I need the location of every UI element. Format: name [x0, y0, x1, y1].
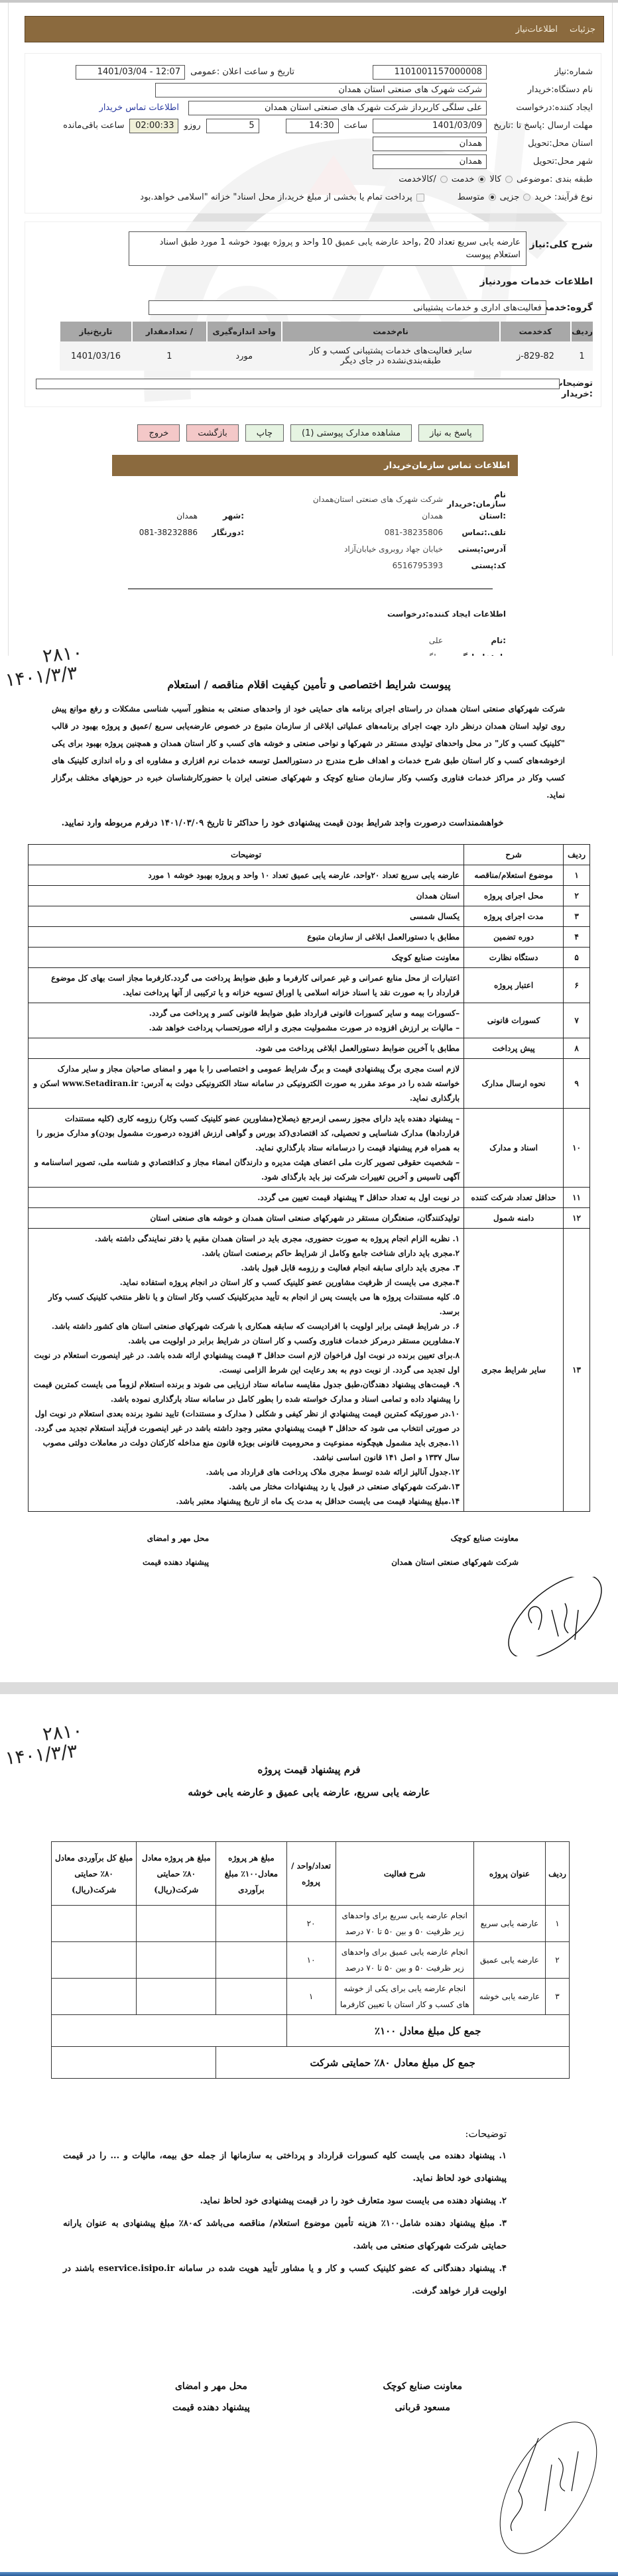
cell-title: پیش پرداخت	[464, 1038, 564, 1059]
contact-address-label: آدرس:پستی	[443, 544, 506, 554]
taskbar	[0, 2572, 618, 2576]
col-title: شرح	[464, 845, 564, 865]
cell-row: ۲	[564, 886, 590, 906]
treasury-checkbox[interactable]	[416, 194, 424, 202]
cell-description: – پیشنهاد دهنده باید دارای مجوز رسمی ازم…	[29, 1109, 464, 1188]
org-label: نام سازمان:خریدار	[443, 490, 506, 509]
table-row: ۹نحوه ارسال مدارکلازم است مجری برگ پیشنه…	[29, 1059, 590, 1109]
contact-province-value: همدان	[244, 511, 443, 521]
conditions-title: پیوست شرایط اختصاصی و تأمین کیفیت اقلام …	[0, 656, 618, 691]
summary-panel: شرح کلی:نیاز عارضه یابی سریع تعداد 20 ,و…	[25, 221, 601, 407]
bidder-stamp-label: محل مهر و امضای	[172, 2376, 250, 2397]
price-input-cell[interactable]	[216, 1979, 286, 2015]
cell-row: ۶	[564, 968, 590, 1003]
contact-city-label: :شهر	[198, 511, 244, 521]
price-input-cell[interactable]	[137, 1942, 216, 1979]
buyer-field: شرکت شهرک های صنعتی استان همدان	[155, 83, 487, 97]
announce-label: تاریخ و ساعت اعلان :عمومی	[190, 67, 294, 77]
signature-icon	[492, 1577, 618, 1656]
col-quantity: / تعدادمقدار	[132, 322, 207, 341]
services-table: ردیف کدخدمت نام‌خدمت واحد اندازه‌گیری / …	[59, 322, 593, 371]
creator-family-label: نام:خانوادگی	[443, 652, 506, 656]
exit-button[interactable]: خروج	[137, 424, 180, 442]
cell-description: در نوبت اول به تعداد حداقل ۳ پیشنهاد قیم…	[29, 1188, 464, 1208]
cell-description: مطابق با دستورالعمل ابلاغی از سازمان متب…	[29, 927, 464, 948]
price-cell: ۱۰	[286, 1942, 336, 1979]
price-cell: عارضه یابی عمیق	[473, 1942, 545, 1979]
price-cell: انجام عارضه یابی برای یکی از خوشه های کس…	[336, 1979, 473, 2015]
cell-description: مطابق با آخرین ضوابط دستورالعمل ابلاغی پ…	[29, 1038, 464, 1059]
table-row: ۱۰اسناد و مدارک– پیشنهاد دهنده باید دارا…	[29, 1109, 590, 1188]
radio-medium-label: متوسط	[458, 192, 485, 202]
col-service-code: کدخدمت	[500, 322, 571, 341]
bidder-stamp-label: محل مهر و امضای	[143, 1526, 209, 1550]
table-row: ۱موضوع استعلام/مناقصهعارضه یابی سریع تعد…	[29, 865, 590, 886]
handwritten-number: ۲۸۱۰ ۱۴۰۱/۳/۳	[2, 1721, 86, 1768]
cell-title: مدت اجرای پروژه	[464, 906, 564, 927]
table-row: ۸پیش پرداختمطابق با آخرین ضوابط دستورالع…	[29, 1038, 590, 1059]
buyer-contact-section: نام سازمان:خریدار شرکت شهرک های صنعتی اس…	[115, 491, 506, 574]
cell-title: کسورات قانونی	[464, 1003, 564, 1038]
cell-title: اسناد و مدارک	[464, 1109, 564, 1188]
contact-title: اطلاعات تماس سازمان‌خریدار	[384, 461, 510, 471]
signature-icon	[479, 2412, 618, 2564]
col-activity: شرح فعالیت	[336, 1842, 473, 1906]
category-label: طبقه بندی :موضوعی	[517, 174, 593, 184]
cell-row: ۷	[564, 1003, 590, 1038]
table-row: ۲محل اجرای پروژهاستان همدان	[29, 886, 590, 906]
conditions-intro: شرکت شهرکهای صنعتی استان همدان در راستای…	[52, 700, 565, 804]
buyer-notes-label: توضیحات :خریدار	[560, 379, 593, 400]
cell-unit: مورد	[207, 341, 282, 371]
radio-goods[interactable]	[505, 176, 513, 183]
radio-goods-service-label: /کالاخدمت	[399, 174, 436, 184]
cell-title: دستگاه نظارت	[464, 948, 564, 968]
table-row: ۵دستگاه نظارتمعاونت صنایع کوچک	[29, 948, 590, 968]
deadline-label: مهلت ارسال :پاسخ تا :تاریخ	[487, 121, 593, 131]
col-description: توضیحات	[29, 845, 464, 865]
price-cell: انجام عارضه یابی عمیق برای واحدهای زیر ظ…	[336, 1942, 473, 1979]
sum-100-value[interactable]	[52, 2015, 287, 2047]
cell-title: محل اجرای پروژه	[464, 886, 564, 906]
cell-row: ۸	[564, 1038, 590, 1059]
cell-row: ۹	[564, 1059, 590, 1109]
table-row: ۷کسورات قانونی–کسورات بیمه و سایر کسورات…	[29, 1003, 590, 1038]
table-row: ۶اعتبار پروژهاعتبارات از محل منابع عمران…	[29, 968, 590, 1003]
cell-row: 1	[571, 341, 593, 371]
city-label: شهر محل:تحویل	[487, 156, 593, 166]
process-radio-group: نوع فرآیند: خرید جزیی متوسط پرداخت تمام …	[33, 188, 593, 206]
contact-address-value: خیابان جهاد روبروی خیابان‌آزاد	[244, 544, 443, 554]
creator-info-section: :نام علی نام:خانوادگی سلگی تلفن:تماس 081…	[115, 632, 506, 656]
sum-80-label: جمع کل مبلغ معادل ۸۰٪ حمایتی شرکت	[216, 2047, 570, 2079]
creator-info-title: اطلاعات ایجاد کننده:درخواست	[9, 609, 506, 619]
note-item: ۱. پیشنهاد دهنده می بایست کلیه کسورات قر…	[63, 2145, 507, 2190]
creator-name-value: علی	[244, 636, 443, 645]
price-form-signature-block: معاونت صنایع کوچک مسعود قربانی محل مهر و…	[172, 2376, 462, 2418]
bidder-label: پیشنهاد دهنده قیمت	[143, 1550, 209, 1574]
services-title: اطلاعات خدمات موردنیاز	[33, 276, 593, 287]
price-input-cell[interactable]	[216, 1906, 286, 1942]
price-cell: عارضه یابی سریع	[473, 1906, 545, 1942]
tab-need-info[interactable]: اطلاعات‌نیاز	[516, 25, 558, 34]
contact-phone-label: تلف.:تماس	[443, 528, 506, 537]
respond-button[interactable]: پاسخ به نیاز	[418, 424, 483, 442]
cell-description: تولیدکنندگان، صنعتگران مستقر در شهرکهای …	[29, 1208, 464, 1229]
creator-field: علی سلگی کاربرداز شرکت شهرک های صنعتی اس…	[188, 101, 487, 115]
contact-postal-label: کد:پستی	[443, 561, 506, 570]
price-input-cell[interactable]	[52, 1979, 137, 2015]
deadline-date-field: 1401/03/09	[373, 119, 487, 133]
notes-title: توضیحات:	[63, 2122, 507, 2145]
signer-name: مسعود قربانی	[383, 2397, 462, 2418]
contact-city-value: همدان	[176, 511, 198, 521]
price-cell: ۲	[546, 1942, 570, 1979]
contact-phone-value: 081-38235806	[244, 528, 443, 537]
attachment-price-form-page: ۲۸۱۰ ۱۴۰۱/۳/۳ فرم پیشنهاد قیمت پروژه عار…	[0, 1721, 618, 2576]
col-price-80: مبلغ هر پروژه معادل ۸۰٪ حمایتی شرکت(ریال…	[137, 1842, 216, 1906]
print-button[interactable]: چاپ	[245, 424, 284, 442]
tab-details[interactable]: جزئیات	[570, 25, 595, 34]
bidder-label: پیشنهاد دهنده قیمت	[172, 2397, 250, 2418]
buyer-notes-field	[36, 379, 560, 389]
remaining-label: ساعت باقی‌مانده	[63, 121, 124, 131]
sum-100-label: جمع کل مبلغ معادل ۱۰۰٪	[286, 2015, 569, 2047]
page-separator	[0, 1682, 618, 1694]
col-project-title: عنوان پروژه	[473, 1842, 545, 1906]
buyer-contact-link[interactable]: اطلاعات تماس خریدار	[99, 103, 179, 113]
org-value: شرکت شهرک های صنعتی استان‌همدان	[244, 495, 443, 504]
cell-title: سایر شرایط مجری	[464, 1229, 564, 1512]
price-cell: ۱	[286, 1979, 336, 2015]
table-row: 1 829-82-ز سایر فعالیت‌های خدمات پشتیبان…	[60, 341, 593, 371]
col-row: ردیف	[546, 1842, 570, 1906]
cell-row: ۳	[564, 906, 590, 927]
radio-service[interactable]	[478, 176, 485, 183]
price-form-notes: توضیحات: ۱. پیشنهاد دهنده می بایست کلیه …	[63, 2122, 507, 2303]
table-row: ۱۱حداقل تعداد شرکت کنندهدر نوبت اول به ت…	[29, 1188, 590, 1208]
province-label: استان محل:تحویل	[487, 139, 593, 149]
radio-minor[interactable]	[523, 194, 530, 201]
process-label: نوع فرآیند: خرید	[534, 192, 593, 202]
province-field: همدان	[373, 137, 487, 151]
price-input-cell[interactable]	[52, 1942, 137, 1979]
action-buttons: پاسخ به نیاز مشاهده مدارک پیوستی (1) چاپ…	[9, 424, 612, 442]
cell-title: موضوع استعلام/مناقصه	[464, 865, 564, 886]
cell-row: ۴	[564, 927, 590, 948]
handwritten-number: ۲۸۱۰ ۱۴۰۱/۳/۳	[2, 643, 86, 690]
contact-postal-value: 6516795393	[244, 561, 443, 570]
table-row: ۳مدت اجرای پروژهیکسال شمسی	[29, 906, 590, 927]
days-label: روزو	[184, 121, 200, 131]
cell-title: دامنه شمول	[464, 1208, 564, 1229]
cell-row: ۱۲	[564, 1208, 590, 1229]
cell-description: استان همدان	[29, 886, 464, 906]
cell-row: ۱۱	[564, 1188, 590, 1208]
conditions-table: ردیف شرح توضیحات ۱موضوع استعلام/مناقصهعا…	[28, 844, 590, 1512]
creator-name-label: :نام	[443, 636, 506, 645]
table-row: ۲عارضه یابی عمیقانجام عارضه یابی عمیق بر…	[52, 1942, 570, 1979]
price-table: ردیف عنوان پروژه شرح فعالیت تعداد/واحد /…	[51, 1841, 570, 2079]
buyer-label: نام دستگاه:خریدار	[487, 85, 593, 95]
view-attachments-button[interactable]: مشاهده مدارک پیوستی (1)	[290, 424, 412, 442]
note-item: ۳. مبلغ پیشنهاد دهنده شامل۱۰۰٪ هزینه تأم…	[63, 2213, 507, 2258]
cell-description: معاونت صنایع کوچک	[29, 948, 464, 968]
attachment-conditions-page: ۲۸۱۰ ۱۴۰۱/۳/۳ پیوست شرایط اختصاصی و تأمی…	[0, 656, 618, 1694]
table-row: ۱۲دامنه شمولتولیدکنندگان، صنعتگران مستقر…	[29, 1208, 590, 1229]
cell-description: عارضه یابی سریع تعداد ۲۰واحد، عارضه یابی…	[29, 865, 464, 886]
cell-title: دوره تضمین	[464, 927, 564, 948]
need-number-label: شماره:نیاز	[487, 67, 593, 77]
col-total-80: مبلغ کل برآوردی معادل ۸۰٪ حمایتی شرکت(ری…	[52, 1842, 137, 1906]
price-form-title: فرم پیشنهاد قیمت پروژه	[0, 1721, 618, 1779]
cell-row: ۱۰	[564, 1109, 590, 1188]
treasury-note: پرداخت تمام یا بخشی از مبلغ خرید،از محل …	[140, 192, 412, 202]
price-cell: ۳	[546, 1979, 570, 2015]
need-info-panel: شماره:نیاز 1101001157000008 تاریخ و ساعت…	[25, 53, 601, 214]
col-unit: واحد اندازه‌گیری	[207, 322, 282, 341]
col-row: ردیف	[571, 322, 593, 341]
section-divider	[128, 588, 493, 589]
cell-title: حداقل تعداد شرکت کننده	[464, 1188, 564, 1208]
contact-province-label: :استان	[443, 511, 506, 521]
summary-desc-field: عارضه یابی سریع تعداد 20 ,واحد عارضه یاب…	[129, 231, 526, 266]
signer-company: شرکت شهرکهای صنعتی استان همدان	[391, 1550, 519, 1574]
conditions-signature-block: معاونت صنایع کوچک شرکت شهرکهای صنعتی است…	[143, 1526, 519, 1574]
col-service-name: نام‌خدمت	[282, 322, 500, 341]
need-number-field: 1101001157000008	[373, 65, 487, 80]
category-radio-group: طبقه بندی :موضوعی کالا خدمت /کالاخدمت	[33, 170, 593, 188]
contact-fax-label: :دورنگار	[198, 528, 244, 537]
creator-label: ایجاد کننده:درخواست	[487, 103, 593, 113]
cell-need-date: 1401/03/16	[60, 341, 132, 371]
price-input-cell[interactable]	[137, 1906, 216, 1942]
days-field: 5	[206, 119, 259, 133]
need-details-page: جزئیات اطلاعات‌نیاز شماره:نیاز 110100115…	[8, 3, 613, 656]
sum-80-value[interactable]	[52, 2047, 216, 2079]
cell-description: اعتبارات از محل منابع عمرانی و غیر عمران…	[29, 968, 464, 1003]
contact-header-bar: اطلاعات تماس سازمان‌خریدار	[112, 455, 518, 476]
cell-title: نحوه ارسال مدارک	[464, 1059, 564, 1109]
sum-80-row: جمع کل مبلغ معادل ۸۰٪ حمایتی شرکت	[52, 2047, 570, 2079]
radio-service-label: خدمت	[452, 174, 475, 184]
remaining-time-field: 02:00:33	[129, 119, 178, 133]
radio-medium[interactable]	[489, 194, 496, 201]
col-count: تعداد/واحد /پروژه	[286, 1842, 336, 1906]
contact-fax-value: 081-38232886	[139, 528, 198, 537]
page-header-bar: جزئیات اطلاعات‌نیاز	[25, 16, 604, 42]
cell-row: ۵	[564, 948, 590, 968]
note-item: ۲. پیشنهاد دهنده می بایست سود متعارف خود…	[63, 2190, 507, 2213]
price-input-cell[interactable]	[216, 1942, 286, 1979]
cell-row: ۱	[564, 865, 590, 886]
back-button[interactable]: بازگشت	[186, 424, 238, 442]
cell-description: –کسورات بیمه و سایر کسورات قانونی قراردا…	[29, 1003, 464, 1038]
radio-minor-label: جزیی	[500, 192, 520, 202]
price-input-cell[interactable]	[137, 1979, 216, 2015]
table-row: ۳عارضه یابی خوشهانجام عارضه یابی برای یک…	[52, 1979, 570, 2015]
radio-goods-label: کالا	[489, 174, 501, 184]
sum-100-row: جمع کل مبلغ معادل ۱۰۰٪	[52, 2015, 570, 2047]
col-need-date: تاریخ‌نیاز	[60, 322, 132, 341]
col-price-100: مبلغ هر پروژه معادل۱۰۰٪ مبلغ برآوردی	[216, 1842, 286, 1906]
creator-family-value: سلگی	[244, 652, 443, 656]
price-cell: ۲۰	[286, 1906, 336, 1942]
signer-dept: معاونت صنایع کوچک	[391, 1526, 519, 1550]
cell-description: یکسال شمسی	[29, 906, 464, 927]
service-group-label: گروه:خدمت	[546, 302, 593, 313]
city-field: همدان	[373, 154, 487, 169]
service-group-field: فعالیت‌های اداری و خدمات پشتیبانی	[149, 300, 546, 315]
radio-goods-service[interactable]	[440, 176, 448, 183]
deadline-time-field: 14:30	[286, 119, 339, 133]
table-row: ۴دوره تضمینمطابق با دستورالعمل ابلاغی از…	[29, 927, 590, 948]
table-row: ۱۳سایر شرایط مجری۱. نظربه الزام انجام پر…	[29, 1229, 590, 1512]
price-cell: ۱	[546, 1906, 570, 1942]
cell-description: ۱. نظربه الزام انجام پروژه به صورت حضوری…	[29, 1229, 464, 1512]
announce-datetime-field: 1401/03/04 - 12:07	[76, 65, 185, 80]
price-form-subtitle: عارضه یابی سریع، عارضه یابی عمیق و عارضه…	[0, 1783, 618, 1802]
cell-service-code: 829-82-ز	[500, 341, 571, 371]
cell-quantity: 1	[132, 341, 207, 371]
cell-service-name: سایر فعالیت‌های خدمات پشتیبانی کسب و کار…	[282, 341, 500, 371]
price-cell: عارضه یابی خوشه	[473, 1979, 545, 2015]
price-input-cell[interactable]	[52, 1906, 137, 1942]
col-row: ردیف	[564, 845, 590, 865]
table-row: ۱عارضه یابی سریعانجام عارضه یابی سریع بر…	[52, 1906, 570, 1942]
conditions-request: خواهشمنداست درصورت واجد شرایط بودن قیمت …	[0, 818, 565, 828]
summary-desc-label: شرح کلی:نیاز	[526, 239, 593, 250]
price-cell: انجام عارضه یابی سریع برای واحدهای زیر ظ…	[336, 1906, 473, 1942]
time-label: ساعت	[344, 121, 367, 131]
cell-description: لازم است مجری برگ پیشنهادی قیمت و برگ شر…	[29, 1059, 464, 1109]
cell-row: ۱۳	[564, 1229, 590, 1512]
note-item: ۴. پیشنهاد دهندگانی که عضو کلینیک کسب و …	[63, 2258, 507, 2303]
cell-title: اعتبار پروژه	[464, 968, 564, 1003]
signer-dept: معاونت صنایع کوچک	[383, 2376, 462, 2397]
